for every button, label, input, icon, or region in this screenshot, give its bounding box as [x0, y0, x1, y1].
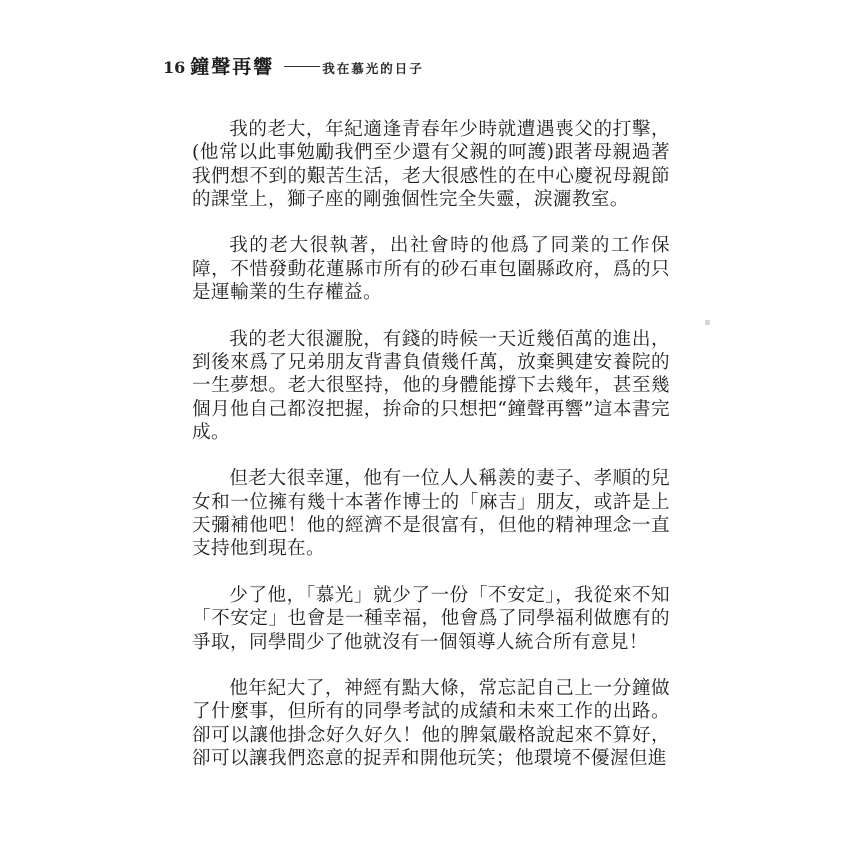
paragraph: 少了他，「慕光」就少了一份「不安定」，我從來不知「不安定」也會是一種幸福，他會爲…: [192, 584, 670, 654]
body-text: 我的老大，年紀適逢青春年少時就遭遇喪父的打擊，(他常以此事勉勵我們至少還有父親的…: [192, 118, 670, 794]
scan-artifact: [705, 320, 710, 325]
running-header: 16 鐘聲再響 我在慕光的日子: [163, 52, 424, 76]
paragraph: 他年紀大了，神經有點大條，常忘記自己上一分鐘做了什麼事，但所有的同學考試的成績和…: [192, 677, 670, 770]
book-subtitle: 我在慕光的日子: [322, 59, 424, 77]
book-title: 鐘聲再響: [190, 52, 274, 79]
paragraph: 但老大很幸運，他有一位人人稱羨的妻子、孝順的兒女和一位擁有幾十本著作博士的「麻吉…: [192, 467, 670, 560]
book-page: 16 鐘聲再響 我在慕光的日子 我的老大，年紀適逢青春年少時就遭遇喪父的打擊，(…: [0, 0, 850, 850]
em-dash-rule: [284, 66, 320, 67]
paragraph: 我的老大很灑脫，有錢的時候一天近幾佰萬的進出，到後來爲了兄弟朋友背書負債幾仟萬，…: [192, 328, 670, 444]
paragraph: 我的老大很執著，出社會時的他爲了同業的工作保障，不惜發動花蓮縣市所有的砂石車包圍…: [192, 234, 670, 304]
page-number: 16: [163, 58, 185, 77]
paragraph: 我的老大，年紀適逢青春年少時就遭遇喪父的打擊，(他常以此事勉勵我們至少還有父親的…: [192, 118, 670, 211]
